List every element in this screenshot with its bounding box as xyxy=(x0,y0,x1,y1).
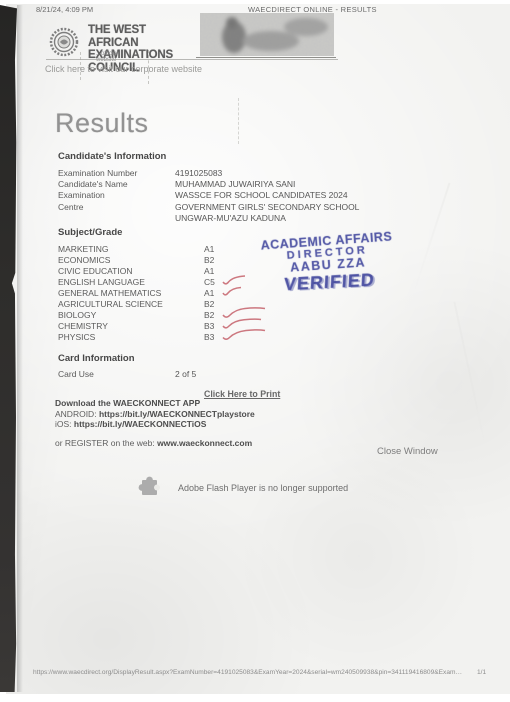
org-tagline: ...official website xyxy=(96,51,118,63)
register-prefix: or REGISTER on the web: xyxy=(55,438,155,448)
info-row-centre: Centre GOVERNMENT GIRLS' SECONDARY SCHOO… xyxy=(58,202,388,224)
info-label: Examination xyxy=(58,190,175,201)
subject-grade-heading: Subject/Grade xyxy=(58,227,122,238)
subject-name: ECONOMICS xyxy=(58,255,204,265)
ios-label: iOS: xyxy=(55,419,72,429)
subject-row: AGRICULTURAL SCIENCE B2 xyxy=(58,298,378,309)
footer-page-number: 1/1 xyxy=(477,669,486,676)
card-use-row: Card Use 2 of 5 xyxy=(58,369,358,380)
footer-url: https://www.waecdirect.org/DisplayResult… xyxy=(33,669,462,676)
red-checkmark-icon xyxy=(221,285,243,297)
scanner-edge-strip xyxy=(0,5,17,692)
info-value: WASSCE FOR SCHOOL CANDIDATES 2024 xyxy=(175,190,388,201)
grade-value: B2 xyxy=(204,299,221,309)
candidate-info-table: Examination Number 4191025083 Candidate'… xyxy=(58,168,388,224)
subject-name: BIOLOGY xyxy=(58,310,204,320)
info-row-examination: Examination WASSCE FOR SCHOOL CANDIDATES… xyxy=(58,190,388,201)
register-line: or REGISTER on the web: www.waeckonnect.… xyxy=(55,439,255,448)
info-value: 2 of 5 xyxy=(175,369,358,380)
subject-name: PHYSICS xyxy=(58,332,204,342)
grade-value: B3 xyxy=(204,321,221,331)
app-promo: Download the WAECKONNECT APP ANDROID: ht… xyxy=(55,399,255,448)
subject-row: PHYSICS B3 xyxy=(58,331,378,342)
info-label: Card Use xyxy=(58,369,175,380)
grade-value: C5 xyxy=(204,277,221,287)
corporate-website-link[interactable]: Click here to visit our corporate websit… xyxy=(45,64,202,74)
candidate-info-heading: Candidate's Information xyxy=(58,151,166,162)
info-row-exam-number: Examination Number 4191025083 xyxy=(58,168,388,179)
info-row-candidate-name: Candidate's Name MUHAMMAD JUWAIRIYA SANI xyxy=(58,179,388,190)
page-title: Results xyxy=(55,108,149,139)
subject-row: CHEMISTRY B3 xyxy=(58,320,378,331)
android-link-line: ANDROID: https://bit.ly/WAECKONNECTplays… xyxy=(55,410,255,419)
android-link[interactable]: https://bit.ly/WAECKONNECTplaystore xyxy=(99,409,255,419)
android-label: ANDROID: xyxy=(55,409,97,419)
puzzle-piece-icon xyxy=(135,471,163,504)
grade-value: B2 xyxy=(204,310,221,320)
scanned-results-page: 8/21/24, 4:09 PM WAECDIRECT ONLINE - RES… xyxy=(0,0,510,702)
app-promo-heading: Download the WAECKONNECT APP xyxy=(55,399,255,408)
register-link[interactable]: www.waeckonnect.com xyxy=(157,438,252,448)
close-window-link[interactable]: Close Window xyxy=(377,446,438,457)
flash-notice-text: Adobe Flash Player is no longer supporte… xyxy=(178,483,348,493)
fold-mark xyxy=(238,98,239,144)
verification-stamp: ACADEMIC AFFAIRS DIRECTOR AABU ZZA VERIF… xyxy=(251,229,405,298)
info-label: Candidate's Name xyxy=(58,179,175,190)
grade-value: B2 xyxy=(204,255,221,265)
print-link[interactable]: Click Here to Print xyxy=(204,389,280,399)
info-value: MUHAMMAD JUWAIRIYA SANI xyxy=(175,179,388,190)
paper-edge-shadow xyxy=(17,5,23,692)
ios-link-line: iOS: https://bit.ly/WAECKONNECTiOS xyxy=(55,420,255,429)
info-label: Centre xyxy=(58,202,175,224)
subject-name: GENERAL MATHEMATICS xyxy=(58,288,204,298)
header-divider xyxy=(46,59,338,60)
print-datetime: 8/21/24, 4:09 PM xyxy=(36,5,93,14)
grade-value: A1 xyxy=(204,288,221,298)
info-value: 4191025083 xyxy=(175,168,388,179)
grade-value: A1 xyxy=(204,244,221,254)
card-info-table: Card Use 2 of 5 xyxy=(58,369,358,380)
info-value: GOVERNMENT GIRLS' SECONDARY SCHOOL UNGWA… xyxy=(175,202,388,224)
flash-notice: Adobe Flash Player is no longer supporte… xyxy=(135,471,348,504)
subject-row: BIOLOGY B2 xyxy=(58,309,378,320)
subject-name: AGRICULTURAL SCIENCE xyxy=(58,299,204,309)
card-info-heading: Card Information xyxy=(58,353,135,364)
grade-value: B3 xyxy=(204,332,221,342)
subject-name: CHEMISTRY xyxy=(58,321,204,331)
subject-name: ENGLISH LANGUAGE xyxy=(58,277,204,287)
ios-link[interactable]: https://bit.ly/WAECKONNECTiOS xyxy=(74,419,207,429)
subject-name: MARKETING xyxy=(58,244,204,254)
subject-name: CIVIC EDUCATION xyxy=(58,266,204,276)
red-checkmark-icon xyxy=(221,328,267,341)
header-banner-image xyxy=(196,11,336,58)
org-name-line1: THE WEST AFRICAN xyxy=(88,24,173,49)
info-label: Examination Number xyxy=(58,168,175,179)
grade-value: A1 xyxy=(204,266,221,276)
